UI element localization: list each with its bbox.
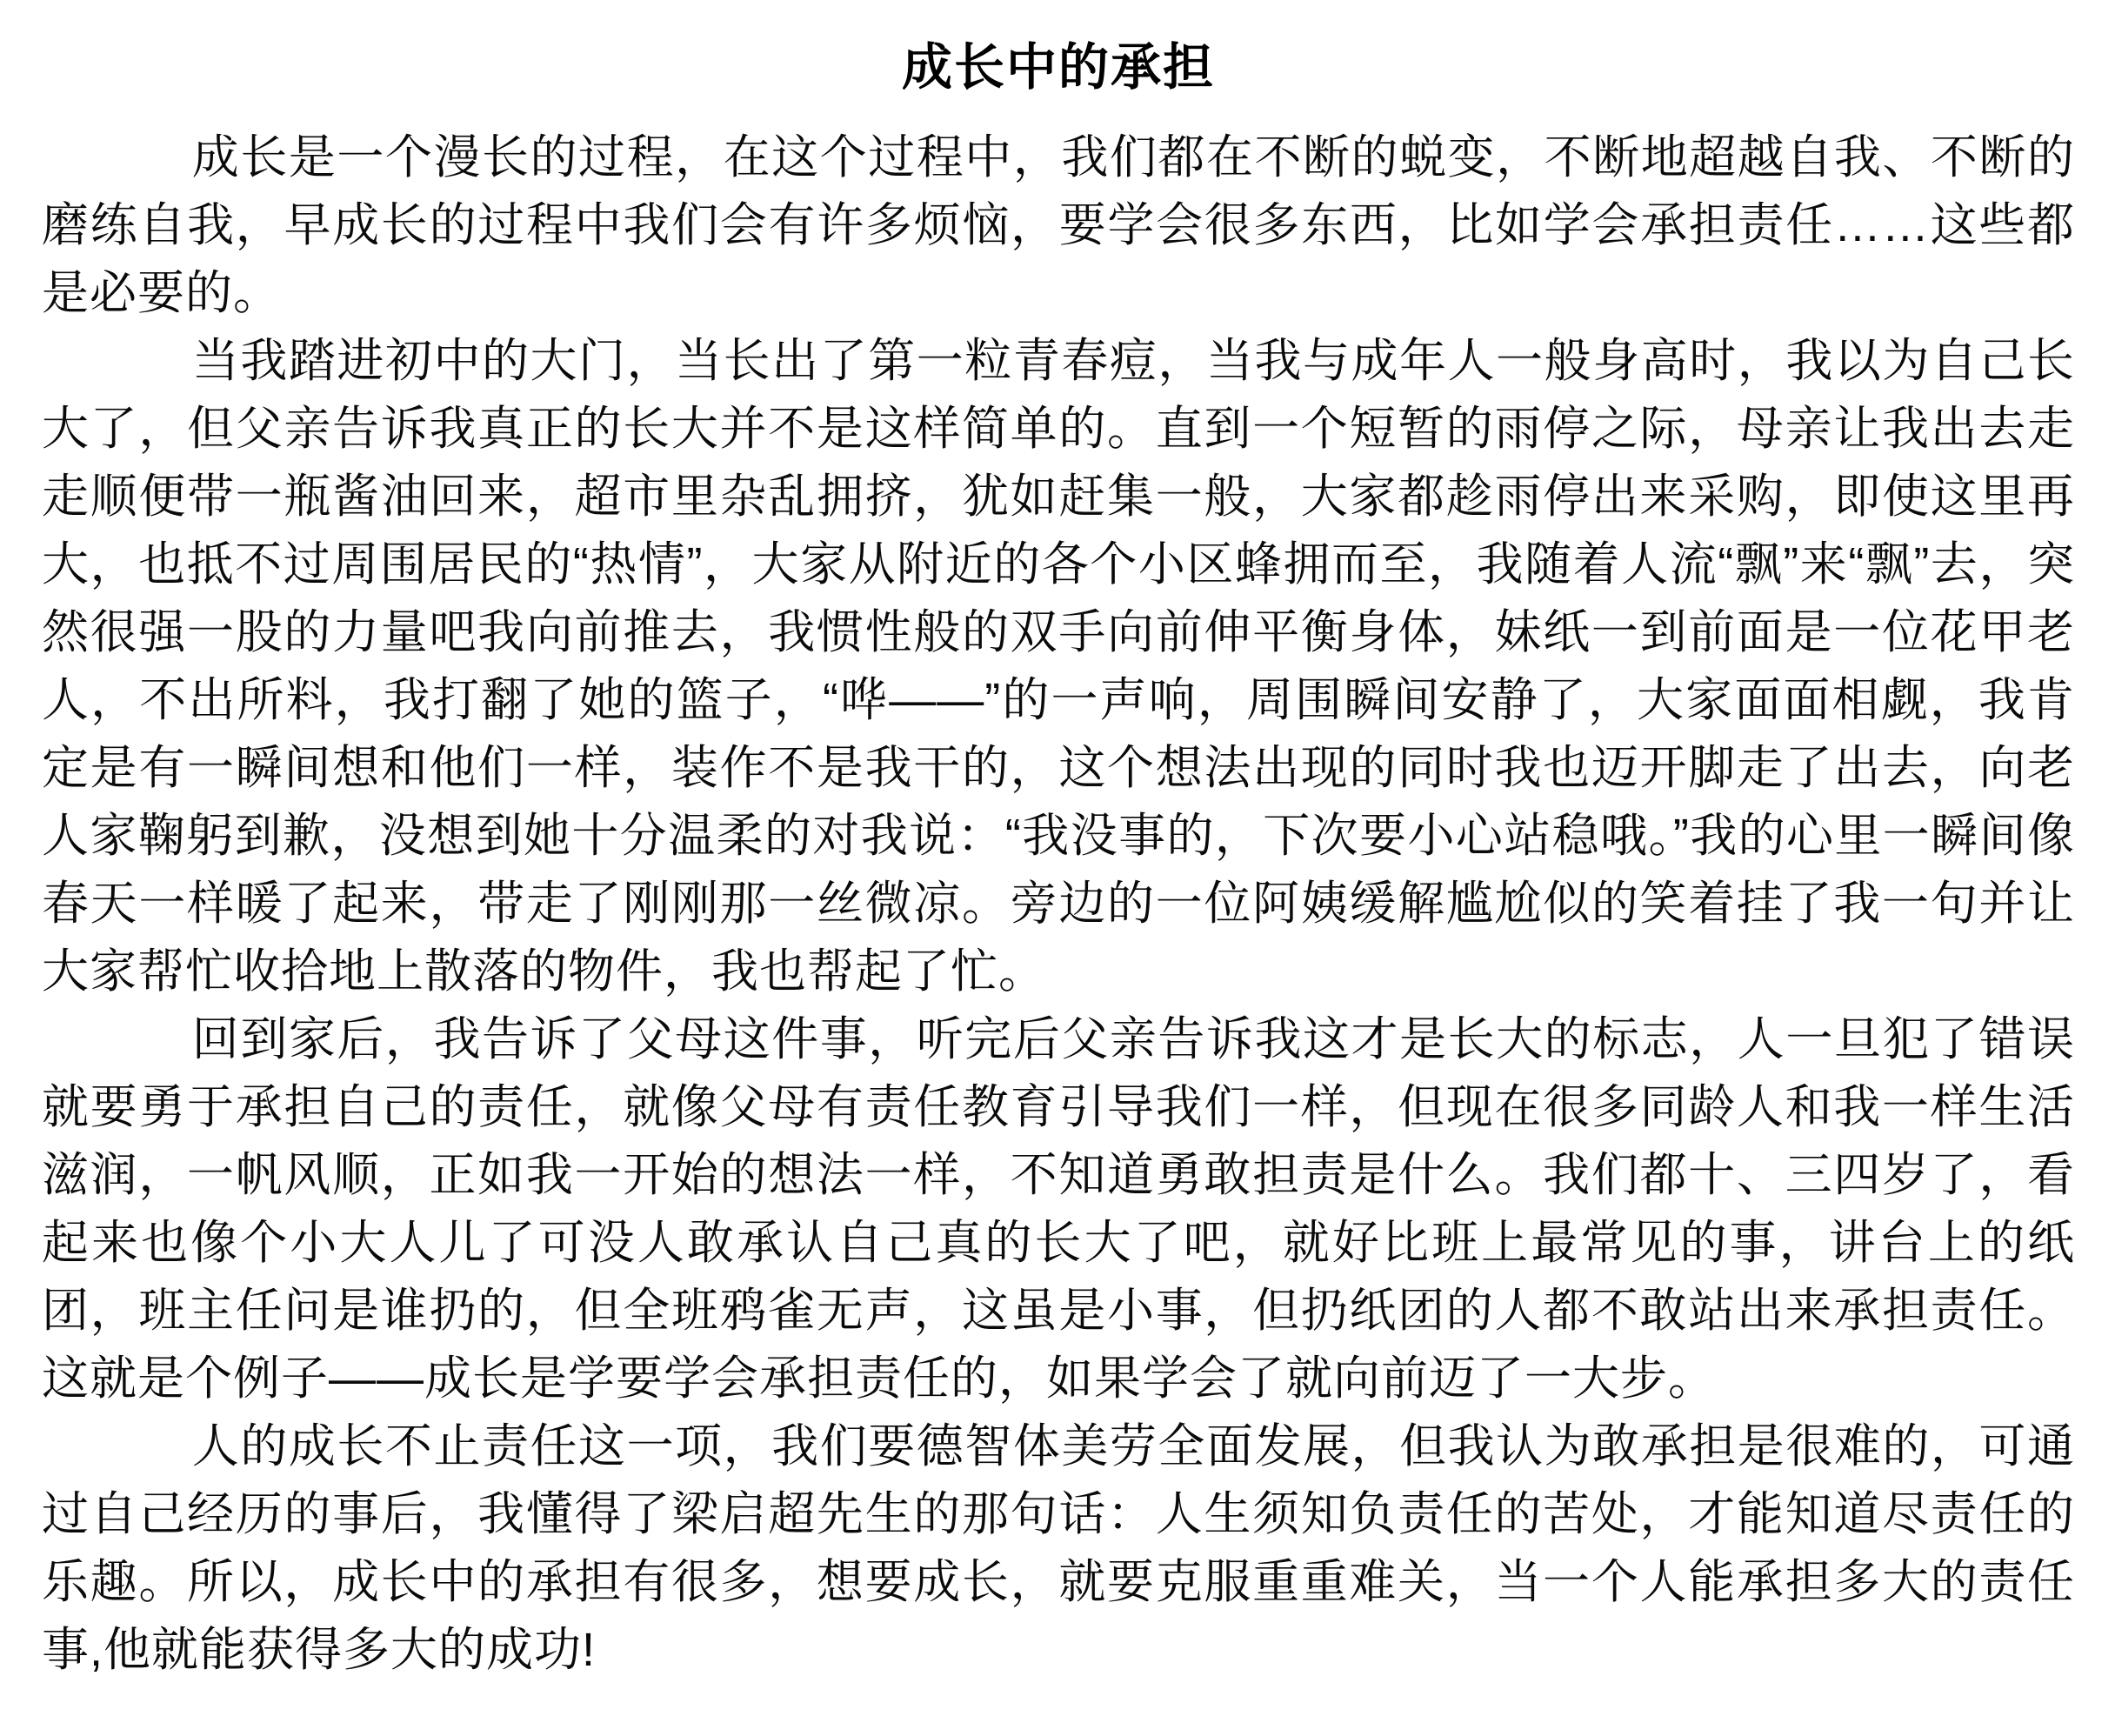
essay-paragraph-4: 人的成长不止责任这一项，我们要德智体美劳全面发展，但我认为敢承担是很难的，可通过… — [42, 1412, 2075, 1684]
essay-title: 成长中的承担 — [42, 26, 2075, 99]
essay-paragraph-1: 成长是一个漫长的过程，在这个过程中，我们都在不断的蜕变，不断地超越自我、不断的磨… — [42, 124, 2075, 327]
essay-page: 成长中的承担 成长是一个漫长的过程，在这个过程中，我们都在不断的蜕变，不断地超越… — [0, 0, 2115, 1736]
essay-body: 成长是一个漫长的过程，在这个过程中，我们都在不断的蜕变，不断地超越自我、不断的磨… — [42, 124, 2075, 1684]
essay-paragraph-3: 回到家后，我告诉了父母这件事，听完后父亲告诉我这才是长大的标志，人一旦犯了错误就… — [42, 1005, 2075, 1412]
essay-paragraph-2: 当我踏进初中的大门，当长出了第一粒青春痘，当我与成年人一般身高时，我以为自己长大… — [42, 327, 2075, 1005]
